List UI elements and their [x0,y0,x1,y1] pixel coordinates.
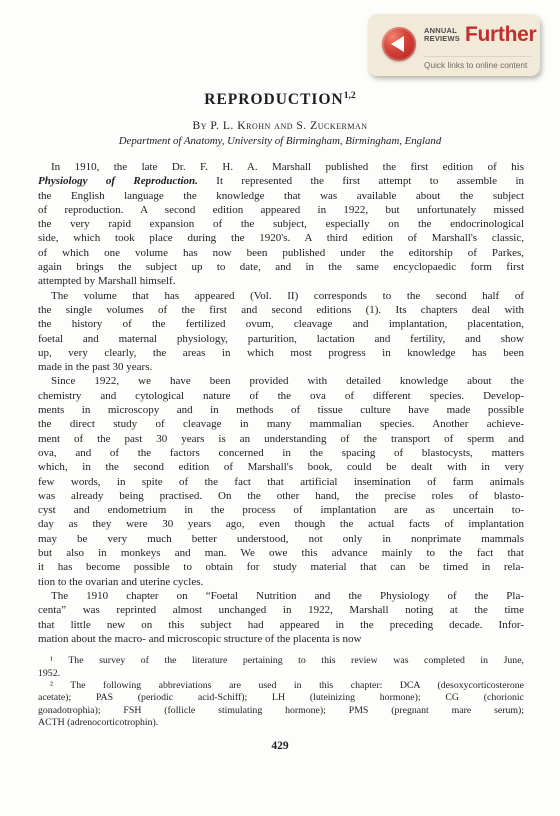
badge-header: ANNUAL REVIEWS Further [424,23,536,47]
text-line: the English language the knowledge that … [38,189,524,203]
text-line: the history of the fertilized ovum, clea… [38,317,524,331]
text-line: gonadotrophia); FSH (follicle stimulatin… [38,705,524,717]
text-line: ¹ The survey of the literature pertainin… [38,655,524,667]
text-line: The 1910 chapter on “Foetal Nutrition an… [38,589,524,603]
text-line: Physiology of Reproduction. It represent… [38,174,524,188]
article-title-text: REPRODUCTION [204,91,343,108]
text-line: up, very clearly, the areas in which mos… [38,346,524,360]
text-line: day as they were 30 years ago, even thou… [38,517,524,531]
text-line: acetate); PAS (periodic acid-Schiff); LH… [38,692,524,704]
footnote-2: ² The following abbreviations are used i… [38,680,524,730]
text-line: few words, in spite of the fact that art… [38,475,524,489]
byline: By P. L. Krohn and S. Zuckerman [0,119,560,132]
left-arrow-icon [382,27,416,61]
text-line: that little new on this subject had appe… [38,618,524,632]
text-line: but also in monkeys and man. We owe this… [38,546,524,560]
text-line: ² The following abbreviations are used i… [38,680,524,692]
text-line: the very rapid expansion of the subject,… [38,217,524,231]
text-line: of which one volume has now been publish… [38,246,524,260]
text-line: may be very much better understood, not … [38,532,524,546]
paragraph-1: In 1910, the late Dr. F. H. A. Marshall … [38,160,524,289]
text-line: the direct study of cleavage in many mam… [38,417,524,431]
text-line: ova, and of the factors concerned in the… [38,446,524,460]
text-line: ment of the past 30 years is an understa… [38,432,524,446]
footnotes: ¹ The survey of the literature pertainin… [38,655,524,729]
text-line: again brings the subject up to date, and… [38,260,524,274]
article-body: In 1910, the late Dr. F. H. A. Marshall … [38,160,524,730]
further-wordmark: Further [465,23,536,47]
text-line: mation about the macro- and microscopic … [38,632,524,646]
text-line: Since 1922, we have been provided with d… [38,374,524,388]
annual-reviews-logo-text: ANNUAL REVIEWS [424,27,460,44]
footnote-1: ¹ The survey of the literature pertainin… [38,655,524,680]
badge-tagline: Quick links to online content [424,60,527,70]
text-line: The volume that has appeared (Vol. II) c… [38,289,524,303]
text-line: foetal and maternal physiology, parturit… [38,332,524,346]
annual-reviews-further-badge[interactable]: ANNUAL REVIEWS Further Quick links to on… [368,14,540,76]
text-line: chemistry and cytological nature of the … [38,389,524,403]
text-line: which, in the second edition of Marshall… [38,460,524,474]
text-line: side, which took place during the 1920's… [38,231,524,245]
text-line: made in the past 30 years. [38,360,524,374]
brand-line-2: REVIEWS [424,35,460,44]
text-line: of reproduction. A second edition appear… [38,203,524,217]
page-number: 429 [0,740,560,752]
text-line: ments in microscopy and in methods of ti… [38,403,524,417]
text-line: the single volumes of the first and seco… [38,303,524,317]
text-line: it has become possible to obtain for stu… [38,560,524,574]
badge-divider [424,56,531,57]
affiliation: Department of Anatomy, University of Bir… [0,135,560,147]
text-line: centa” was reprinted almost unchanged in… [38,603,524,617]
text-line: In 1910, the late Dr. F. H. A. Marshall … [38,160,524,174]
title-footnote-marker: 1,2 [344,90,356,101]
text-line: cyst and endometrium in the process of i… [38,503,524,517]
text-line: attempted by Marshall himself. [38,274,524,288]
text-line: tion to the ovarian and uterine cycles. [38,575,524,589]
paragraph-3: Since 1922, we have been provided with d… [38,374,524,588]
text-line: ACTH (adrenocorticotrophin). [38,717,524,729]
article-title: REPRODUCTION1,2 [0,90,560,109]
text-line: was already being practised. On the othe… [38,489,524,503]
text-line: 1952. [38,668,524,680]
paragraph-4: The 1910 chapter on “Foetal Nutrition an… [38,589,524,646]
paragraph-2: The volume that has appeared (Vol. II) c… [38,289,524,375]
page: ANNUAL REVIEWS Further Quick links to on… [0,0,560,816]
